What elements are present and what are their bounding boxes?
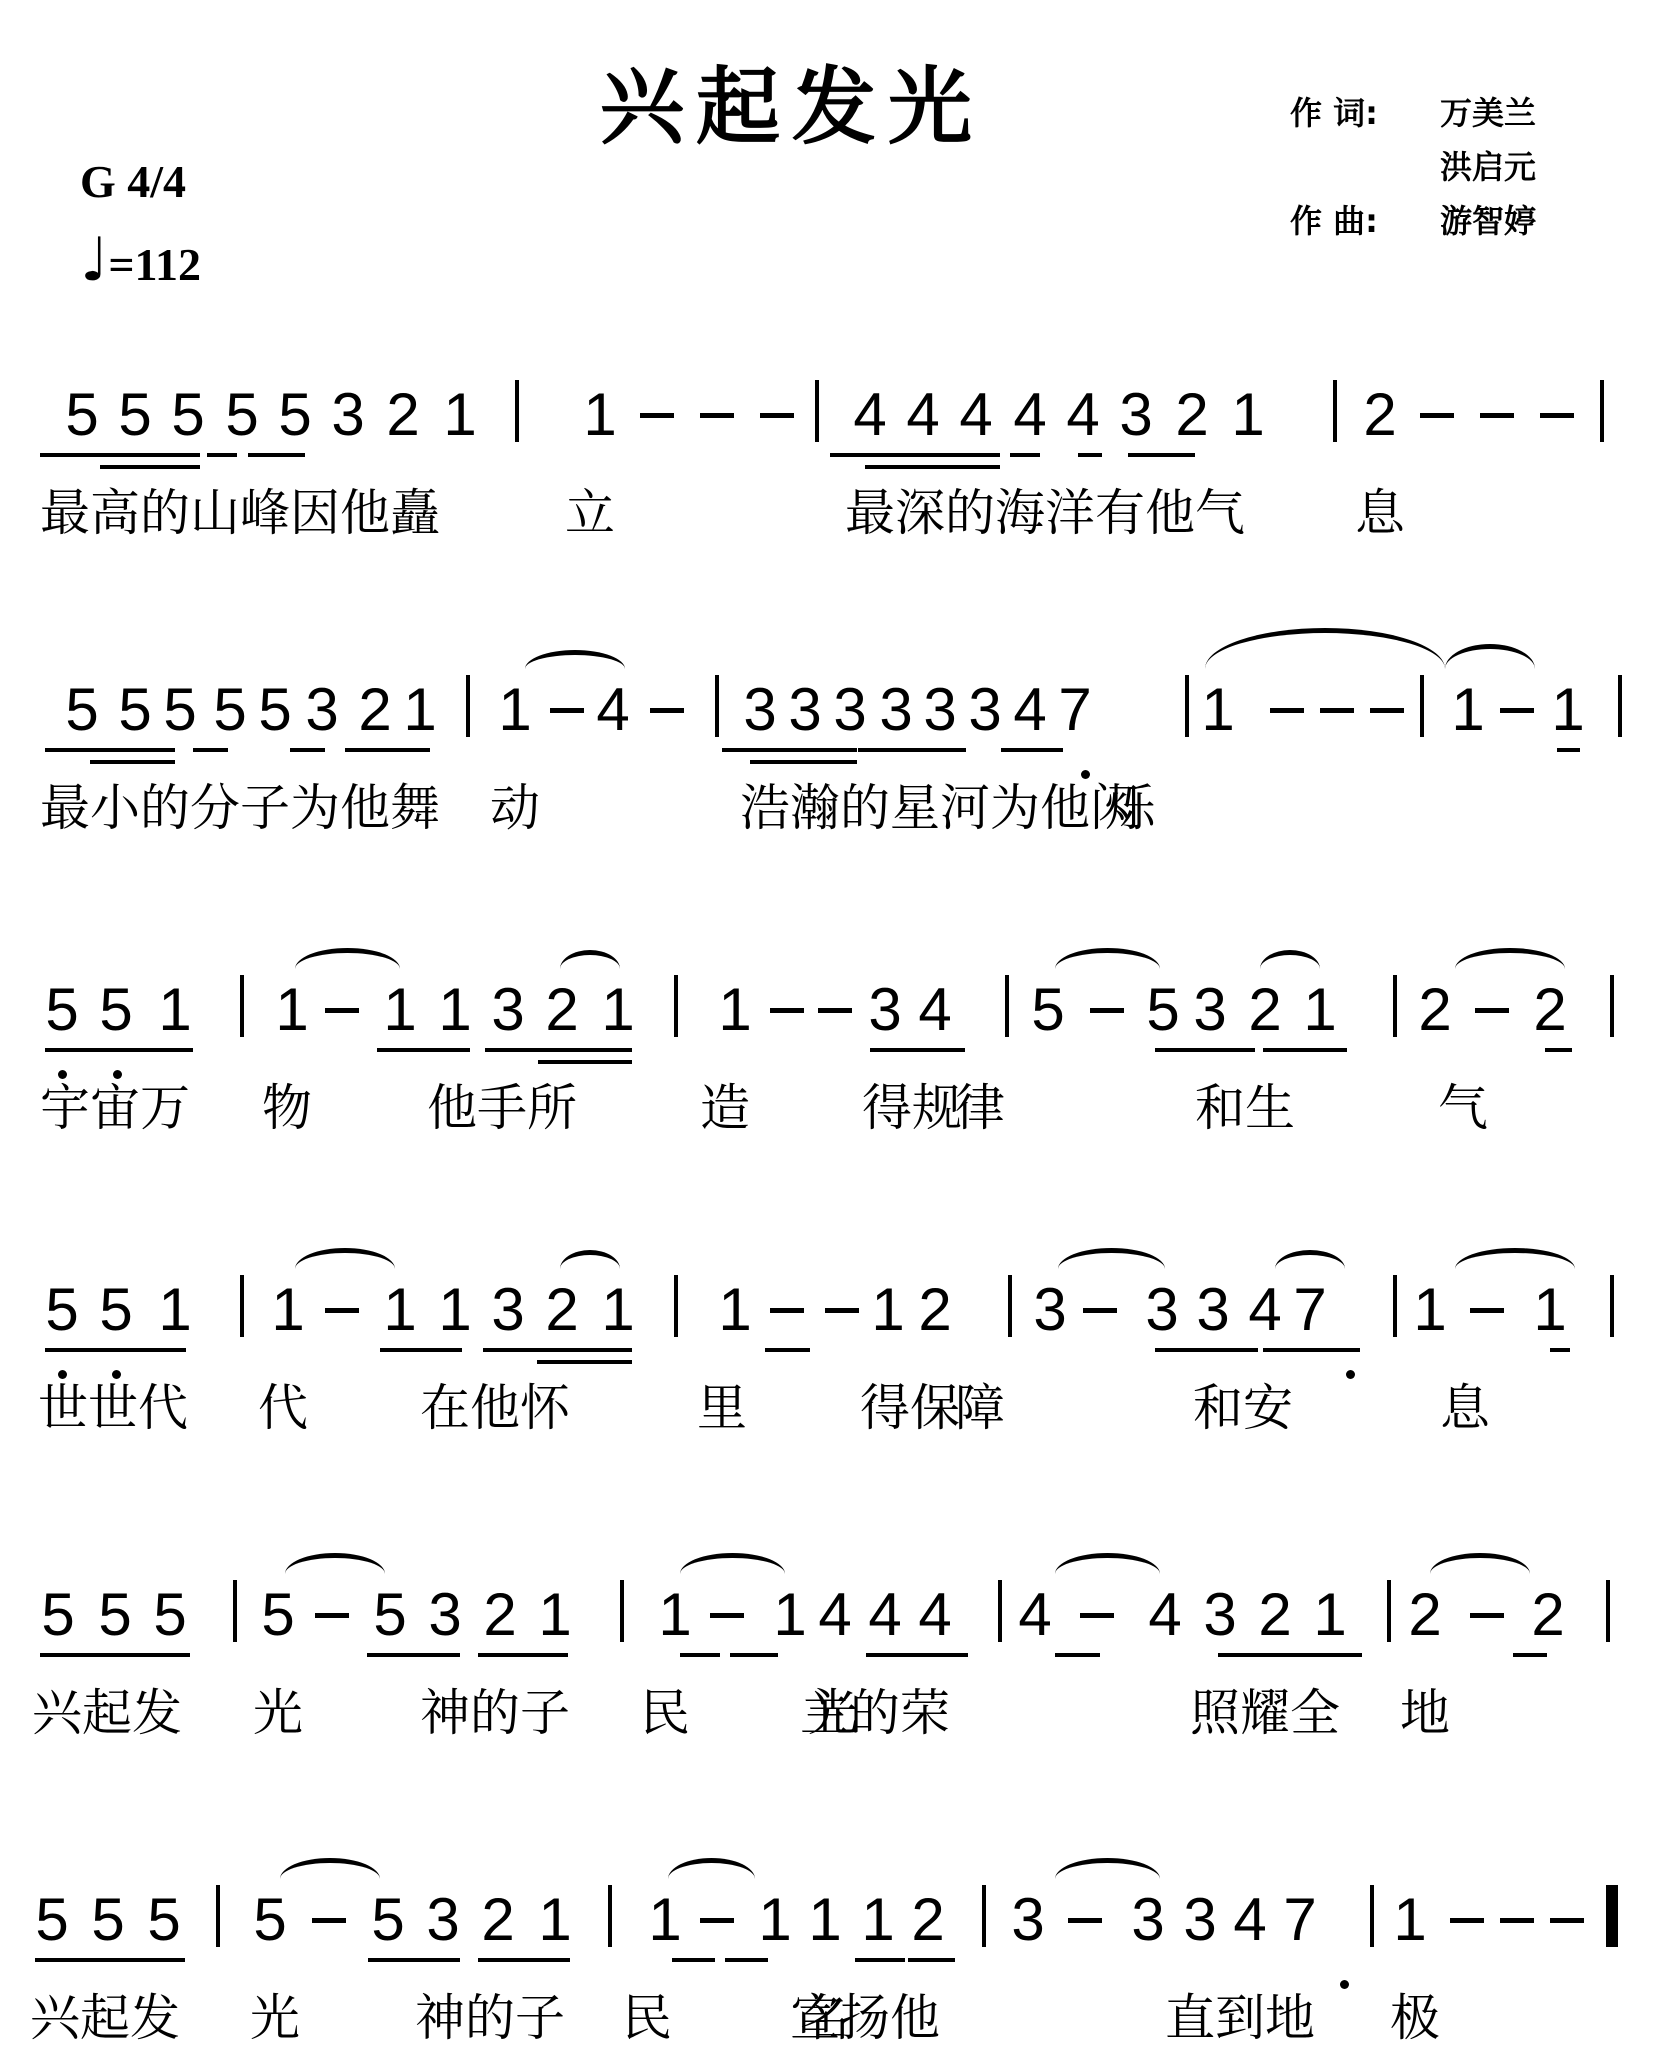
- beam-underline: [248, 453, 305, 457]
- note: 3: [1193, 1280, 1233, 1340]
- note: 5: [88, 1890, 128, 1950]
- note: 3: [785, 680, 825, 740]
- beam-underline: [290, 748, 325, 752]
- note: 5: [38, 1585, 78, 1645]
- lyric-text: 律: [955, 1080, 1005, 1136]
- lyric-text: 神的子: [420, 1685, 570, 1741]
- sustain-dash: [1475, 1008, 1509, 1013]
- lyric-text: 民: [622, 1990, 672, 2046]
- beam-underline: [1155, 1048, 1255, 1052]
- lyric-text: 得规: [862, 1080, 962, 1136]
- beam-underline: [100, 465, 200, 469]
- note: 2: [1405, 1585, 1445, 1645]
- note: 5: [258, 1585, 298, 1645]
- sustain-dash: [1090, 1008, 1124, 1013]
- slur: [1430, 1553, 1530, 1574]
- note: 1: [715, 980, 755, 1040]
- lyricist-2: 洪启元: [1440, 142, 1536, 188]
- tempo-marking: ♩=112: [80, 225, 201, 295]
- note: 1: [598, 980, 638, 1040]
- note: 5: [115, 680, 155, 740]
- beam-underline: [45, 1048, 193, 1052]
- sustain-dash: [1370, 708, 1404, 713]
- note: 5: [95, 1585, 135, 1645]
- note: 1: [1300, 980, 1340, 1040]
- note: 1: [868, 1280, 908, 1340]
- note: 5: [62, 680, 102, 740]
- sustain-dash: [1500, 708, 1534, 713]
- note: 1: [435, 1280, 475, 1340]
- sustain-dash: [312, 1918, 346, 1923]
- beam-underline: [1550, 1348, 1570, 1352]
- note: 4: [865, 1585, 905, 1645]
- sustain-dash: [1080, 1613, 1114, 1618]
- lyric-text: 民: [640, 1685, 690, 1741]
- note: 3: [920, 680, 960, 740]
- barline: [1333, 380, 1337, 442]
- note: 3: [1116, 385, 1156, 445]
- note: 1: [858, 1890, 898, 1950]
- note: 2: [1172, 385, 1212, 445]
- barline: [1610, 1275, 1614, 1337]
- sustain-dash: [700, 413, 734, 418]
- note: 5: [210, 680, 250, 740]
- lyric-text: 在他怀: [420, 1380, 570, 1436]
- note: 5: [160, 680, 200, 740]
- note: 5: [144, 1890, 184, 1950]
- note: 1: [598, 1280, 638, 1340]
- note: 3: [328, 385, 368, 445]
- note: 1: [1198, 680, 1238, 740]
- final-barline: [1606, 1885, 1618, 1947]
- beam-underline: [367, 1653, 460, 1657]
- note: 5: [1028, 980, 1068, 1040]
- beam-underline: [1545, 1048, 1572, 1052]
- beam-underline: [722, 748, 857, 752]
- barline: [1008, 1275, 1012, 1337]
- lyric-text: 神的子: [415, 1990, 565, 2046]
- lyric-text: 极: [1390, 1990, 1440, 2046]
- slur: [285, 1553, 385, 1574]
- lyric-text: 最小的分子为他舞: [40, 780, 440, 836]
- note: 5: [96, 1280, 136, 1340]
- barline: [1606, 1580, 1610, 1642]
- note: 2: [383, 385, 423, 445]
- note: 1: [495, 680, 535, 740]
- lyric-text: 息: [1440, 1380, 1490, 1436]
- sustain-dash: [825, 1308, 859, 1313]
- lyric-text: 名: [800, 1990, 850, 2046]
- note: 1: [440, 385, 480, 445]
- note: 1: [715, 1280, 755, 1340]
- beam-underline: [725, 1958, 768, 1962]
- note: 1: [1310, 1585, 1350, 1645]
- beam-underline: [1155, 1348, 1258, 1352]
- beam-underline: [207, 453, 237, 457]
- slur: [1055, 948, 1160, 969]
- note: 4: [915, 980, 955, 1040]
- barline: [998, 1580, 1002, 1642]
- sustain-dash: [1270, 708, 1304, 713]
- beam-underline: [730, 1653, 778, 1657]
- note: 1: [805, 1890, 845, 1950]
- note: 2: [1530, 980, 1570, 1040]
- beam-underline: [478, 1958, 570, 1962]
- beam-underline: [35, 1958, 185, 1962]
- lyric-text: 气: [1438, 1080, 1488, 1136]
- composer-label: 作 曲:: [1290, 196, 1378, 242]
- note: 1: [155, 980, 195, 1040]
- beam-underline: [672, 1958, 715, 1962]
- barline: [982, 1885, 986, 1947]
- note: 1: [435, 980, 475, 1040]
- beam-underline: [1055, 1653, 1100, 1657]
- note: 5: [250, 1890, 290, 1950]
- beam-underline: [193, 748, 228, 752]
- note: 1: [1390, 1890, 1430, 1950]
- slur: [1055, 1858, 1160, 1879]
- beam-underline: [478, 1653, 568, 1657]
- note: 7: [1055, 680, 1095, 740]
- beam-underline: [1263, 1348, 1360, 1352]
- beam-underline: [865, 465, 1000, 469]
- barline: [1420, 675, 1424, 737]
- lyric-text: 得保: [860, 1380, 960, 1436]
- note: 5: [42, 1280, 82, 1340]
- slur: [1445, 644, 1535, 669]
- slur: [295, 1248, 395, 1269]
- sustain-dash: [315, 1613, 349, 1618]
- note: 3: [830, 680, 870, 740]
- sustain-dash: [1450, 1918, 1484, 1923]
- note: 1: [380, 980, 420, 1040]
- note: 1: [755, 1890, 795, 1950]
- note: 4: [915, 1585, 955, 1645]
- beam-underline: [750, 760, 857, 764]
- slur: [668, 1858, 755, 1879]
- lyric-text: 障: [955, 1380, 1005, 1436]
- lyric-text: 最高的山峰因他矗: [40, 485, 440, 541]
- note: 2: [355, 680, 395, 740]
- sustain-dash: [640, 413, 674, 418]
- lyric-text: 照耀全: [1190, 1685, 1340, 1741]
- note: 4: [1010, 385, 1050, 445]
- barline: [240, 1275, 244, 1337]
- barline: [1005, 975, 1009, 1037]
- note: 3: [1190, 980, 1230, 1040]
- beam-underline: [680, 1653, 720, 1657]
- note: 1: [400, 680, 440, 740]
- slur: [1275, 1250, 1345, 1269]
- note: 3: [423, 1890, 463, 1950]
- beam-underline: [483, 1348, 632, 1352]
- beam-underline: [380, 1348, 462, 1352]
- note: 7: [1290, 1280, 1330, 1340]
- beam-underline: [377, 1048, 470, 1052]
- note: 4: [1230, 1890, 1270, 1950]
- lyric-text: 直到地: [1165, 1990, 1315, 2046]
- lyric-text: 物: [262, 1080, 312, 1136]
- sustain-dash: [1083, 1308, 1117, 1313]
- sustain-dash: [710, 1613, 744, 1618]
- composer: 游智婷: [1440, 196, 1536, 242]
- barline: [1393, 975, 1397, 1037]
- beam-underline: [1265, 1653, 1362, 1657]
- beam-underline: [866, 1653, 920, 1657]
- beam-underline: [485, 1048, 632, 1052]
- beam-underline: [90, 760, 175, 764]
- lyric-text: 光: [808, 1685, 858, 1741]
- beam-underline: [920, 1653, 968, 1657]
- note: 3: [1128, 1890, 1168, 1950]
- note: 3: [1142, 1280, 1182, 1340]
- slur: [280, 1858, 380, 1879]
- lyric-text: 动: [490, 780, 540, 836]
- octave-dot: [58, 1370, 67, 1379]
- lyric-text: 兴起发: [32, 1685, 182, 1741]
- slur: [560, 950, 620, 969]
- barline: [674, 1275, 678, 1337]
- note: 7: [1280, 1890, 1320, 1950]
- lyricist-label: 作 词:: [1290, 88, 1378, 134]
- note: 4: [593, 680, 633, 740]
- slur: [1260, 950, 1320, 969]
- barline: [620, 1580, 624, 1642]
- octave-dot: [1346, 1370, 1355, 1379]
- note: 2: [908, 1890, 948, 1950]
- note: 1: [645, 1890, 685, 1950]
- note: 3: [865, 980, 905, 1040]
- beam-underline: [830, 453, 1000, 457]
- beam-underline: [368, 1958, 460, 1962]
- beam-underline: [1263, 1048, 1347, 1052]
- sustain-dash: [1068, 1918, 1102, 1923]
- barline: [1610, 975, 1614, 1037]
- note: 3: [1030, 1280, 1070, 1340]
- lyric-text: 立: [565, 485, 615, 541]
- lyric-text: 代: [258, 1380, 308, 1436]
- note: 4: [1145, 1585, 1185, 1645]
- note: 1: [272, 980, 312, 1040]
- note: 4: [903, 385, 943, 445]
- note: 1: [770, 1585, 810, 1645]
- note: 1: [155, 1280, 195, 1340]
- slur: [1055, 1553, 1160, 1574]
- sustain-dash: [770, 1008, 804, 1013]
- lyric-text: 造: [700, 1080, 750, 1136]
- beam-underline: [40, 1653, 190, 1657]
- note: 2: [1360, 385, 1400, 445]
- lyric-text: 宇宙万: [40, 1080, 190, 1136]
- slur: [680, 1553, 785, 1574]
- note: 1: [1530, 1280, 1570, 1340]
- note: 4: [850, 385, 890, 445]
- note: 2: [915, 1280, 955, 1340]
- note: 3: [488, 1280, 528, 1340]
- note: 5: [368, 1890, 408, 1950]
- lyric-text: 光: [250, 1990, 300, 2046]
- note: 5: [1143, 980, 1183, 1040]
- note: 5: [96, 980, 136, 1040]
- slur: [1455, 948, 1565, 969]
- note: 2: [1528, 1585, 1568, 1645]
- lyric-text: 息: [1355, 485, 1405, 541]
- note: 5: [255, 680, 295, 740]
- song-title: 兴起发光: [600, 40, 984, 161]
- note: 2: [478, 1890, 518, 1950]
- barline: [466, 675, 470, 737]
- sustain-dash: [700, 1918, 734, 1923]
- key-time-signature: G 4/4: [80, 155, 186, 208]
- note: 2: [542, 980, 582, 1040]
- barline: [233, 1580, 237, 1642]
- beam-underline: [870, 1048, 965, 1052]
- slur: [1455, 1248, 1575, 1269]
- sustain-dash: [770, 1308, 804, 1313]
- sustain-dash: [818, 1008, 852, 1013]
- slur: [1058, 1248, 1165, 1269]
- note: 5: [62, 385, 102, 445]
- lyric-text: 最深的海洋有他气: [845, 485, 1245, 541]
- note: 1: [535, 1890, 575, 1950]
- note: 5: [115, 385, 155, 445]
- note: 2: [1415, 980, 1455, 1040]
- barline: [240, 975, 244, 1037]
- sustain-dash: [1500, 1918, 1534, 1923]
- sustain-dash: [1420, 413, 1454, 418]
- octave-dot: [1340, 1980, 1349, 1989]
- lyric-text: 世世代: [38, 1380, 188, 1436]
- note: 1: [268, 1280, 308, 1340]
- lyricist-1: 万美兰: [1440, 88, 1536, 134]
- note: 5: [275, 385, 315, 445]
- sustain-dash: [650, 708, 684, 713]
- note: 4: [1010, 680, 1050, 740]
- note: 5: [32, 1890, 72, 1950]
- barline: [216, 1885, 220, 1947]
- lyric-text: 浩瀚的星河为他闪: [740, 780, 1140, 836]
- note: 3: [965, 680, 1005, 740]
- beam-underline: [1513, 1653, 1547, 1657]
- lyric-text: 烁: [1105, 780, 1155, 836]
- sustain-dash: [1550, 1918, 1584, 1923]
- lyric-text: 里: [697, 1380, 747, 1436]
- slur: [1205, 628, 1445, 669]
- note: 4: [1015, 1585, 1055, 1645]
- beam-underline: [538, 1060, 632, 1064]
- lyric-text: 地: [1400, 1685, 1450, 1741]
- sustain-dash: [550, 708, 584, 713]
- beam-underline: [765, 1348, 810, 1352]
- note: 5: [150, 1585, 190, 1645]
- note: 2: [1255, 1585, 1295, 1645]
- note: 5: [222, 385, 262, 445]
- octave-dot: [113, 1070, 122, 1079]
- note: 5: [168, 385, 208, 445]
- beam-underline: [345, 748, 430, 752]
- note: 1: [380, 1280, 420, 1340]
- slur: [295, 948, 400, 969]
- note: 1: [1548, 680, 1588, 740]
- beam-underline: [40, 453, 200, 457]
- note: 3: [1008, 1890, 1048, 1950]
- lyric-text: 和安: [1193, 1380, 1293, 1436]
- beam-underline: [908, 1958, 955, 1962]
- barline: [515, 380, 519, 442]
- barline: [674, 975, 678, 1037]
- beam-underline: [1001, 748, 1063, 752]
- sustain-dash: [1320, 708, 1354, 713]
- barline: [715, 675, 719, 737]
- note: 4: [956, 385, 996, 445]
- tempo-value: =112: [108, 239, 201, 290]
- barline: [1393, 1275, 1397, 1337]
- lyric-text: 和生: [1195, 1080, 1295, 1136]
- note: 4: [1063, 385, 1103, 445]
- beam-underline: [885, 748, 935, 752]
- barline: [1600, 380, 1604, 442]
- slur: [560, 1250, 620, 1269]
- note: 1: [1448, 680, 1488, 740]
- beam-underline: [1010, 453, 1040, 457]
- sustain-dash: [1480, 413, 1514, 418]
- note: 3: [425, 1585, 465, 1645]
- sustain-dash: [325, 1008, 359, 1013]
- note: 3: [740, 680, 780, 740]
- lyric-text: 兴起发: [30, 1990, 180, 2046]
- sustain-dash: [325, 1308, 359, 1313]
- barline: [1387, 1580, 1391, 1642]
- quarter-note-icon: ♩: [80, 225, 108, 295]
- note: 2: [1245, 980, 1285, 1040]
- barline: [608, 1885, 612, 1947]
- barline: [1185, 675, 1189, 737]
- note: 2: [480, 1585, 520, 1645]
- beam-underline: [1128, 453, 1195, 457]
- note: 3: [488, 980, 528, 1040]
- note: 4: [1245, 1280, 1285, 1340]
- sustain-dash: [1470, 1613, 1504, 1618]
- beam-underline: [1078, 453, 1102, 457]
- note: 1: [1228, 385, 1268, 445]
- beam-underline: [1557, 748, 1580, 752]
- barline: [1618, 675, 1622, 737]
- beam-underline: [45, 748, 175, 752]
- beam-underline: [537, 1360, 632, 1364]
- note: 5: [370, 1585, 410, 1645]
- note: 3: [302, 680, 342, 740]
- lyric-text: 光: [253, 1685, 303, 1741]
- barline: [1370, 1885, 1374, 1947]
- note: 3: [876, 680, 916, 740]
- note: 3: [1200, 1585, 1240, 1645]
- note: 3: [1180, 1890, 1220, 1950]
- lyric-text: 他手所: [427, 1080, 577, 1136]
- beam-underline: [45, 1348, 186, 1352]
- octave-dot: [1081, 770, 1090, 779]
- note: 4: [815, 1585, 855, 1645]
- note: 1: [1410, 1280, 1450, 1340]
- octave-dot: [58, 1070, 67, 1079]
- note: 1: [655, 1585, 695, 1645]
- barline: [815, 380, 819, 442]
- sustain-dash: [1540, 413, 1574, 418]
- note: 1: [580, 385, 620, 445]
- slur: [525, 650, 625, 669]
- sustain-dash: [1470, 1308, 1504, 1313]
- sustain-dash: [760, 413, 794, 418]
- beam-underline: [140, 453, 165, 457]
